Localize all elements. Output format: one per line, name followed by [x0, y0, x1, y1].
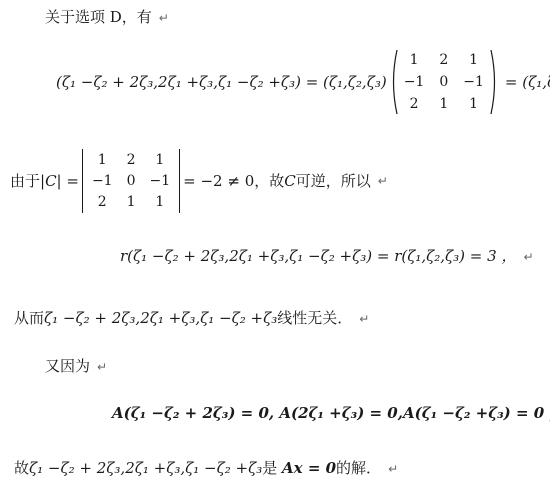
independence-cn2: 线性无关． — [277, 309, 352, 327]
matrix-cell: 1 — [410, 50, 419, 71]
intro-line: 关于选项 D，有↵ — [45, 6, 169, 29]
det-mid-cn: ，故 — [254, 170, 284, 192]
matrix-cell: 1 — [469, 94, 478, 115]
det-cell: 1 — [155, 192, 164, 212]
det-cell: 2 — [98, 192, 107, 212]
det-cell: 1 — [127, 192, 136, 212]
independence-cn1: 从而 — [14, 309, 44, 327]
det-result: = −2 ≠ 0 — [183, 170, 254, 192]
matrix-cell: 1 — [439, 94, 448, 115]
intro-text: 关于选项 D，有 — [45, 8, 152, 26]
conclusion-bold-math: Ax = 0 — [282, 459, 336, 477]
det-suffix-cn: 可逆，所以 — [296, 170, 371, 192]
det-cell: 0 — [127, 171, 136, 191]
rank-eq-text: r(ζ₁ −ζ₂ + 2ζ₃,2ζ₁ +ζ₃,ζ₁ −ζ₂ +ζ₃) = r(ζ… — [120, 247, 516, 265]
matrix-cell: −1 — [404, 72, 425, 93]
paragraph-mark-icon: ↵ — [159, 11, 169, 25]
det-cell: −1 — [92, 171, 113, 191]
conclusion-cn3: 的解． — [336, 459, 381, 477]
conclusion-math: ζ₁ −ζ₂ + 2ζ₃,2ζ₁ +ζ₃,ζ₁ −ζ₂ +ζ₃ — [29, 459, 262, 477]
paragraph-mark-icon: ↵ — [378, 170, 388, 192]
a-equations-text: A(ζ₁ −ζ₂ + 2ζ₃) = 0, A(2ζ₁ +ζ₃) = 0,A(ζ₁… — [112, 404, 550, 422]
document-page: { "page": { "background": "#ffffff", "te… — [0, 0, 550, 493]
det-cell: 2 — [127, 150, 136, 170]
independence-math: ζ₁ −ζ₂ + 2ζ₃,2ζ₁ +ζ₃,ζ₁ −ζ₂ +ζ₃ — [44, 309, 277, 327]
right-paren-icon — [490, 48, 499, 116]
matrix-c: 1 2 1 −1 0 −1 2 1 1 — [389, 48, 499, 116]
det-cell: −1 — [150, 171, 171, 191]
because-line: 又因为↵ — [45, 355, 107, 378]
left-paren-icon — [389, 48, 398, 116]
det-cell: 1 — [98, 150, 107, 170]
matrix-c-grid: 1 2 1 −1 0 −1 2 1 1 — [398, 50, 490, 115]
paragraph-mark-icon: ↵ — [523, 250, 533, 264]
paragraph-mark-icon: ↵ — [97, 360, 107, 374]
determinant-line: 由于 |C| = 1 2 1 −1 0 −1 2 1 1 = −2 ≠ 0 ，故… — [10, 146, 388, 216]
determinant-grid: 1 2 1 −1 0 −1 2 1 1 — [82, 149, 180, 213]
det-cell: 1 — [155, 150, 164, 170]
a-equations-line: A(ζ₁ −ζ₂ + 2ζ₃) = 0, A(2ζ₁ +ζ₃) = 0,A(ζ₁… — [112, 402, 550, 425]
matrix-cell: −1 — [463, 72, 484, 93]
eq1-lhs: (ζ₁ −ζ₂ + 2ζ₃,2ζ₁ +ζ₃,ζ₁ −ζ₂ +ζ₃) = (ζ₁,… — [56, 71, 387, 93]
matrix-cell: 2 — [410, 94, 419, 115]
conclusion-cn2: 是 — [262, 459, 282, 477]
eq1-rhs: = (ζ₁,ζ₂,ζ₃)C ， — [505, 71, 550, 93]
matrix-cell: 0 — [439, 72, 448, 93]
c-symbol: C — [284, 170, 295, 192]
det-prefix-cn: 由于 — [10, 170, 40, 192]
det-prefix-math: |C| = — [40, 170, 79, 192]
conclusion-line: 故ζ₁ −ζ₂ + 2ζ₃,2ζ₁ +ζ₃,ζ₁ −ζ₂ +ζ₃是 Ax = 0… — [14, 457, 398, 480]
conclusion-cn1: 故 — [14, 459, 29, 477]
matrix-cell: 1 — [469, 50, 478, 71]
rank-equation: r(ζ₁ −ζ₂ + 2ζ₃,2ζ₁ +ζ₃,ζ₁ −ζ₂ +ζ₃) = r(ζ… — [120, 245, 534, 268]
because-text: 又因为 — [45, 357, 90, 375]
independence-line: 从而ζ₁ −ζ₂ + 2ζ₃,2ζ₁ +ζ₃,ζ₁ −ζ₂ +ζ₃线性无关．↵ — [14, 307, 369, 330]
paragraph-mark-icon: ↵ — [388, 462, 398, 476]
matrix-cell: 2 — [439, 50, 448, 71]
paragraph-mark-icon: ↵ — [359, 312, 369, 326]
equation-matrix-c: (ζ₁ −ζ₂ + 2ζ₃,2ζ₁ +ζ₃,ζ₁ −ζ₂ +ζ₃) = (ζ₁,… — [56, 46, 550, 118]
